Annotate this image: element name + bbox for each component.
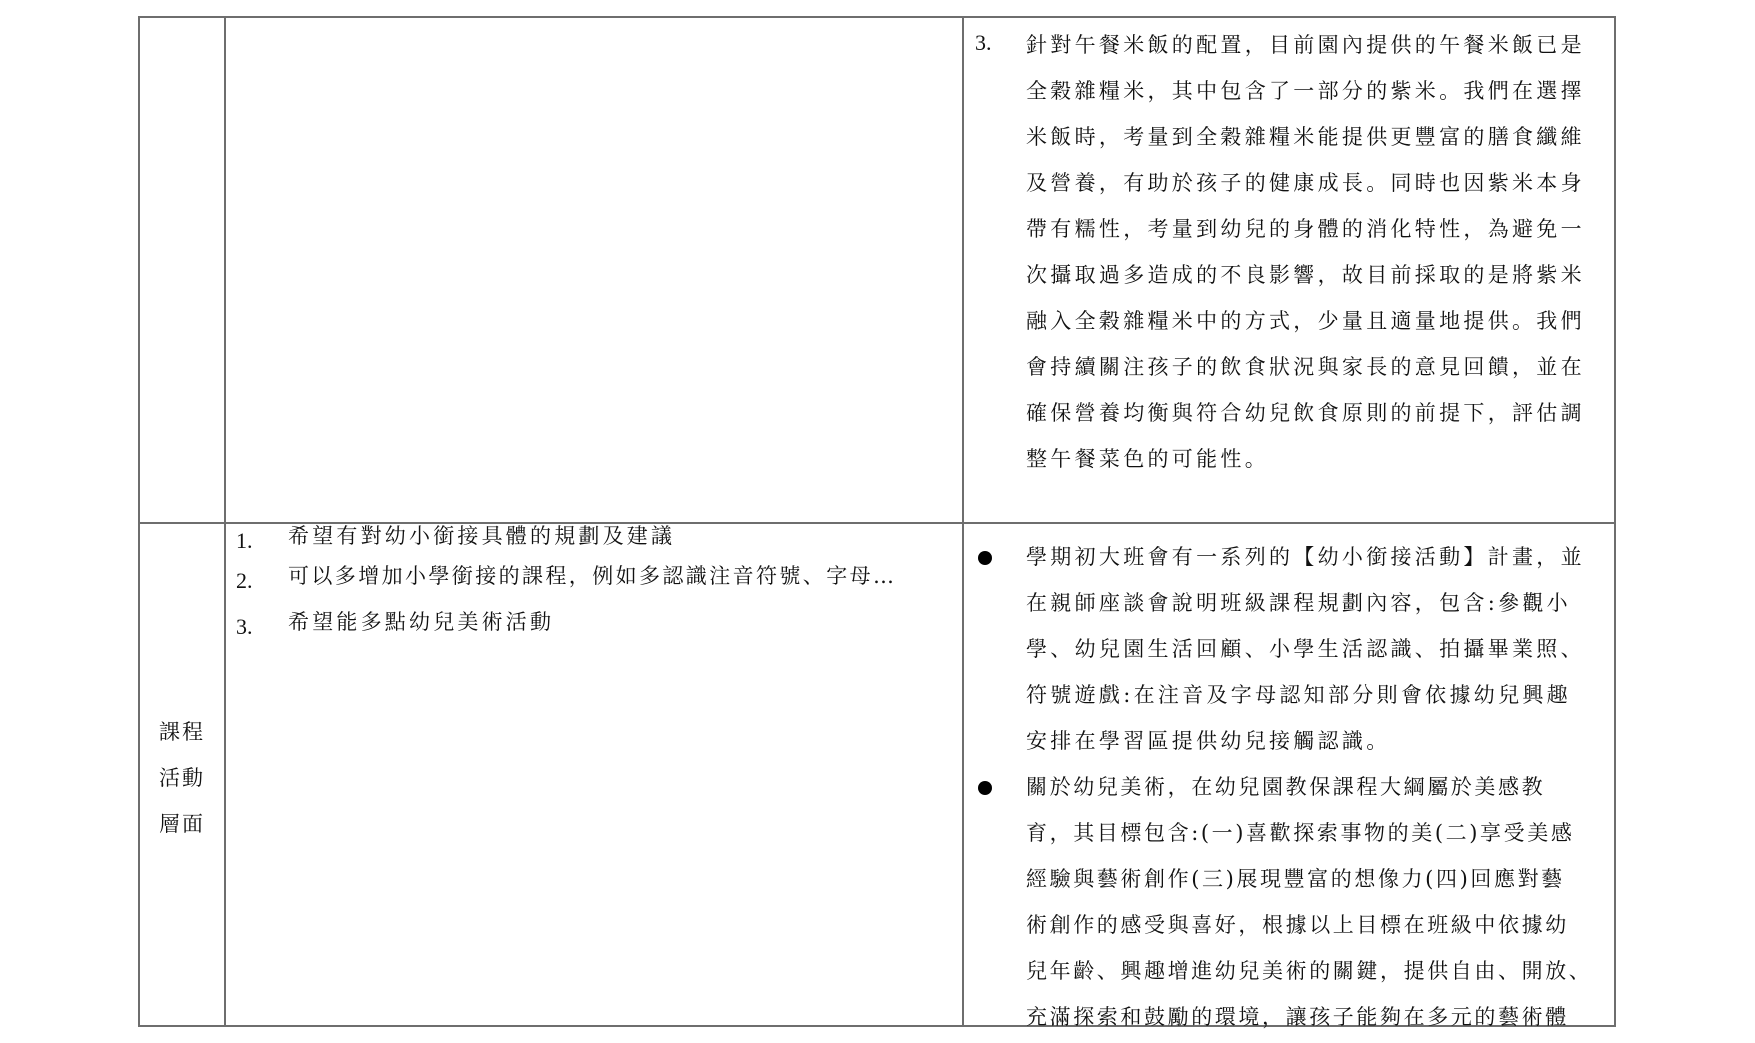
list-marker: 3. (236, 614, 253, 640)
text-line: 安排在學習區提供幼兒接觸認識。 (1026, 718, 1585, 764)
list-marker: 2. (236, 568, 253, 594)
category-label: 課程 (159, 716, 205, 746)
text-line: 術創作的感受與喜好，根據以上目標在班級中依據幼 (1026, 902, 1592, 948)
text-line: 融入全穀雜糧米中的方式，少量且適量地提供。我們 (1026, 298, 1585, 344)
response-paragraph: 關於幼兒美術，在幼兒園教保課程大綱屬於美感教 育，其目標包含:(一)喜歡探索事物… (1026, 764, 1592, 1040)
text-line: 充滿探索和鼓勵的環境，讓孩子能夠在多元的藝術體 (1026, 994, 1592, 1040)
text-line: 確保營養均衡與符合幼兒飲食原則的前提下，評估調 (1026, 390, 1585, 436)
text-line: 次攝取過多造成的不良影響，故目前採取的是將紫米 (1026, 252, 1585, 298)
text-line: 整午餐菜色的可能性。 (1026, 436, 1585, 482)
feedback-response-table: 3. 針對午餐米飯的配置，目前園內提供的午餐米飯已是 全穀雜糧米，其中包含了一部… (138, 16, 1616, 1027)
text-line: 帶有糯性，考量到幼兒的身體的消化特性，為避免一 (1026, 206, 1585, 252)
text-line: 學期初大班會有一系列的【幼小銜接活動】計畫，並 (1026, 534, 1585, 580)
text-line: 育，其目標包含:(一)喜歡探索事物的美(二)享受美感 (1026, 810, 1592, 856)
feedback-item: 希望有對幼小銜接具體的規劃及建議 (288, 518, 675, 554)
text-line: 全穀雜糧米，其中包含了一部分的紫米。我們在選擇 (1026, 68, 1585, 114)
feedback-item: 希望能多點幼兒美術活動 (288, 604, 554, 640)
text-line: 及營養，有助於孩子的健康成長。同時也因紫米本身 (1026, 160, 1585, 206)
list-marker: 3. (975, 30, 992, 56)
category-label-line: 課程 (159, 716, 205, 746)
response-paragraph: 學期初大班會有一系列的【幼小銜接活動】計畫，並 在親師座談會說明班級課程規劃內容… (1026, 534, 1585, 764)
text-line: 針對午餐米飯的配置，目前園內提供的午餐米飯已是 (1026, 22, 1585, 68)
text-line: 符號遊戲:在注音及字母認知部分則會依據幼兒興趣 (1026, 672, 1585, 718)
category-label-line: 活動 (159, 762, 205, 792)
text-line: 經驗與藝術創作(三)展現豐富的想像力(四)回應對藝 (1026, 856, 1592, 902)
category-label: 層面 (159, 808, 205, 838)
text-line: 關於幼兒美術，在幼兒園教保課程大綱屬於美感教 (1026, 764, 1592, 810)
text-line: 在親師座談會說明班級課程規劃內容，包含:參觀小 (1026, 580, 1585, 626)
list-marker: 1. (236, 528, 253, 554)
category-label-line: 層面 (159, 808, 205, 838)
text-line: 會持續關注孩子的飲食狀況與家長的意見回饋，並在 (1026, 344, 1585, 390)
text-line: 兒年齡、興趣增進幼兒美術的關鍵，提供自由、開放、 (1026, 948, 1592, 994)
bullet-icon (978, 551, 992, 565)
response-paragraph: 針對午餐米飯的配置，目前園內提供的午餐米飯已是 全穀雜糧米，其中包含了一部分的紫… (1026, 22, 1585, 482)
text-line: 米飯時，考量到全穀雜糧米能提供更豐富的膳食纖維 (1026, 114, 1585, 160)
text-line: 學、幼兒園生活回顧、小學生活認識、拍攝畢業照、 (1026, 626, 1585, 672)
category-label: 活動 (159, 762, 205, 792)
bullet-icon (978, 781, 992, 795)
feedback-item: 可以多增加小學銜接的課程，例如多認識注音符號、字母… (288, 558, 896, 594)
